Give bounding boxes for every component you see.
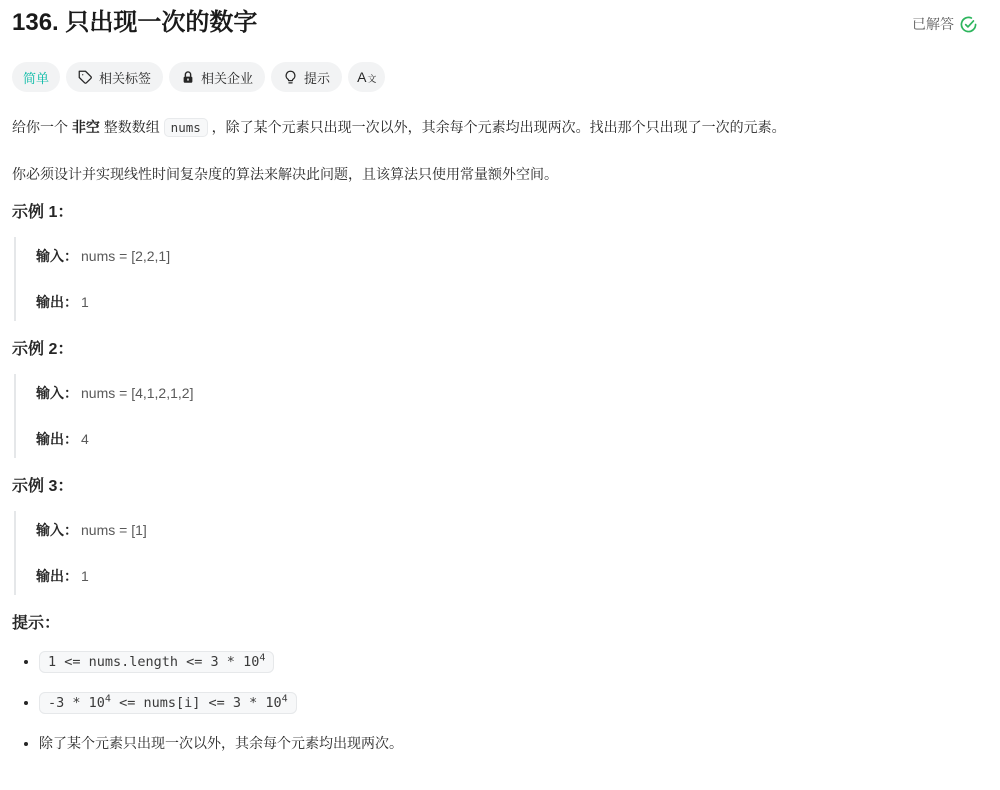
output-label: 输出： xyxy=(36,294,78,310)
input-label: 输入： xyxy=(36,522,78,538)
constraint-code-2: -3 * 104 <= nums[i] <= 3 * 104 xyxy=(39,692,297,714)
example-1-input: 输入：nums = [2,2,1] xyxy=(36,245,977,267)
example-2-input: 输入：nums = [4,1,2,1,2] xyxy=(36,382,977,404)
solved-label: 已解答 xyxy=(912,14,954,34)
tag-pills-row: 简单 相关标签 相关企业 xyxy=(12,62,977,92)
example-3-heading: 示例 3： xyxy=(12,476,977,498)
statement-paragraph-2: 你必须设计并实现线性时间复杂度的算法来解决此问题，且该算法只使用常量额外空间。 xyxy=(12,164,977,184)
example-1-heading: 示例 1： xyxy=(12,202,977,224)
input-label: 输入： xyxy=(36,248,78,264)
emphasis-nonempty: 非空 xyxy=(72,119,100,135)
lock-icon xyxy=(181,70,195,85)
inline-code-nums: nums xyxy=(164,118,208,137)
page-title: 136. 只出现一次的数字 xyxy=(12,8,257,38)
title-row: 136. 只出现一次的数字 已解答 xyxy=(12,8,977,38)
input-value: nums = [2,2,1] xyxy=(81,248,170,264)
problem-description-panel: 136. 只出现一次的数字 已解答 简单 相关标签 xyxy=(0,0,1000,790)
problem-statement: 给你一个 非空 整数数组 nums ，除了某个元素只出现一次以外，其余每个元素均… xyxy=(12,117,977,184)
related-tags-button[interactable]: 相关标签 xyxy=(66,62,163,92)
input-value: nums = [1] xyxy=(81,522,147,538)
constraints-heading: 提示： xyxy=(12,613,977,635)
constraint-code-1: 1 <= nums.length <= 3 * 104 xyxy=(39,651,274,673)
input-value: nums = [4,1,2,1,2] xyxy=(81,385,193,401)
constraint-item: 除了某个元素只出现一次以外，其余每个元素均出现两次。 xyxy=(39,730,977,757)
constraint-item: 1 <= nums.length <= 3 * 104 xyxy=(39,648,977,676)
solved-status: 已解答 xyxy=(912,14,977,34)
translate-icon: A文 xyxy=(357,70,376,84)
statement-paragraph-1: 给你一个 非空 整数数组 nums ，除了某个元素只出现一次以外，其余每个元素均… xyxy=(12,117,977,138)
related-companies-button[interactable]: 相关企业 xyxy=(169,62,265,92)
example-1-block: 输入：nums = [2,2,1] 输出：1 xyxy=(14,237,977,321)
example-3-input: 输入：nums = [1] xyxy=(36,519,977,541)
example-3-output: 输出：1 xyxy=(36,565,977,587)
lightbulb-icon xyxy=(283,70,298,85)
difficulty-badge[interactable]: 简单 xyxy=(12,62,60,92)
tag-icon xyxy=(78,70,93,85)
constraint-item: -3 * 104 <= nums[i] <= 3 * 104 xyxy=(39,689,977,717)
check-circle-icon xyxy=(960,16,977,33)
hint-button[interactable]: 提示 xyxy=(271,62,342,92)
output-value: 1 xyxy=(81,294,89,310)
related-tags-label: 相关标签 xyxy=(99,68,151,87)
output-label: 输出： xyxy=(36,568,78,584)
example-2-output: 输出：4 xyxy=(36,428,977,450)
hint-label: 提示 xyxy=(304,68,330,87)
translate-button[interactable]: A文 xyxy=(348,62,385,92)
example-2-block: 输入：nums = [4,1,2,1,2] 输出：4 xyxy=(14,374,977,458)
input-label: 输入： xyxy=(36,385,78,401)
output-value: 4 xyxy=(81,431,89,447)
output-value: 1 xyxy=(81,568,89,584)
constraints-list: 1 <= nums.length <= 3 * 104 -3 * 104 <= … xyxy=(12,648,977,757)
example-3-block: 输入：nums = [1] 输出：1 xyxy=(14,511,977,595)
example-2-heading: 示例 2： xyxy=(12,339,977,361)
output-label: 输出： xyxy=(36,431,78,447)
example-1-output: 输出：1 xyxy=(36,291,977,313)
related-companies-label: 相关企业 xyxy=(201,68,253,87)
